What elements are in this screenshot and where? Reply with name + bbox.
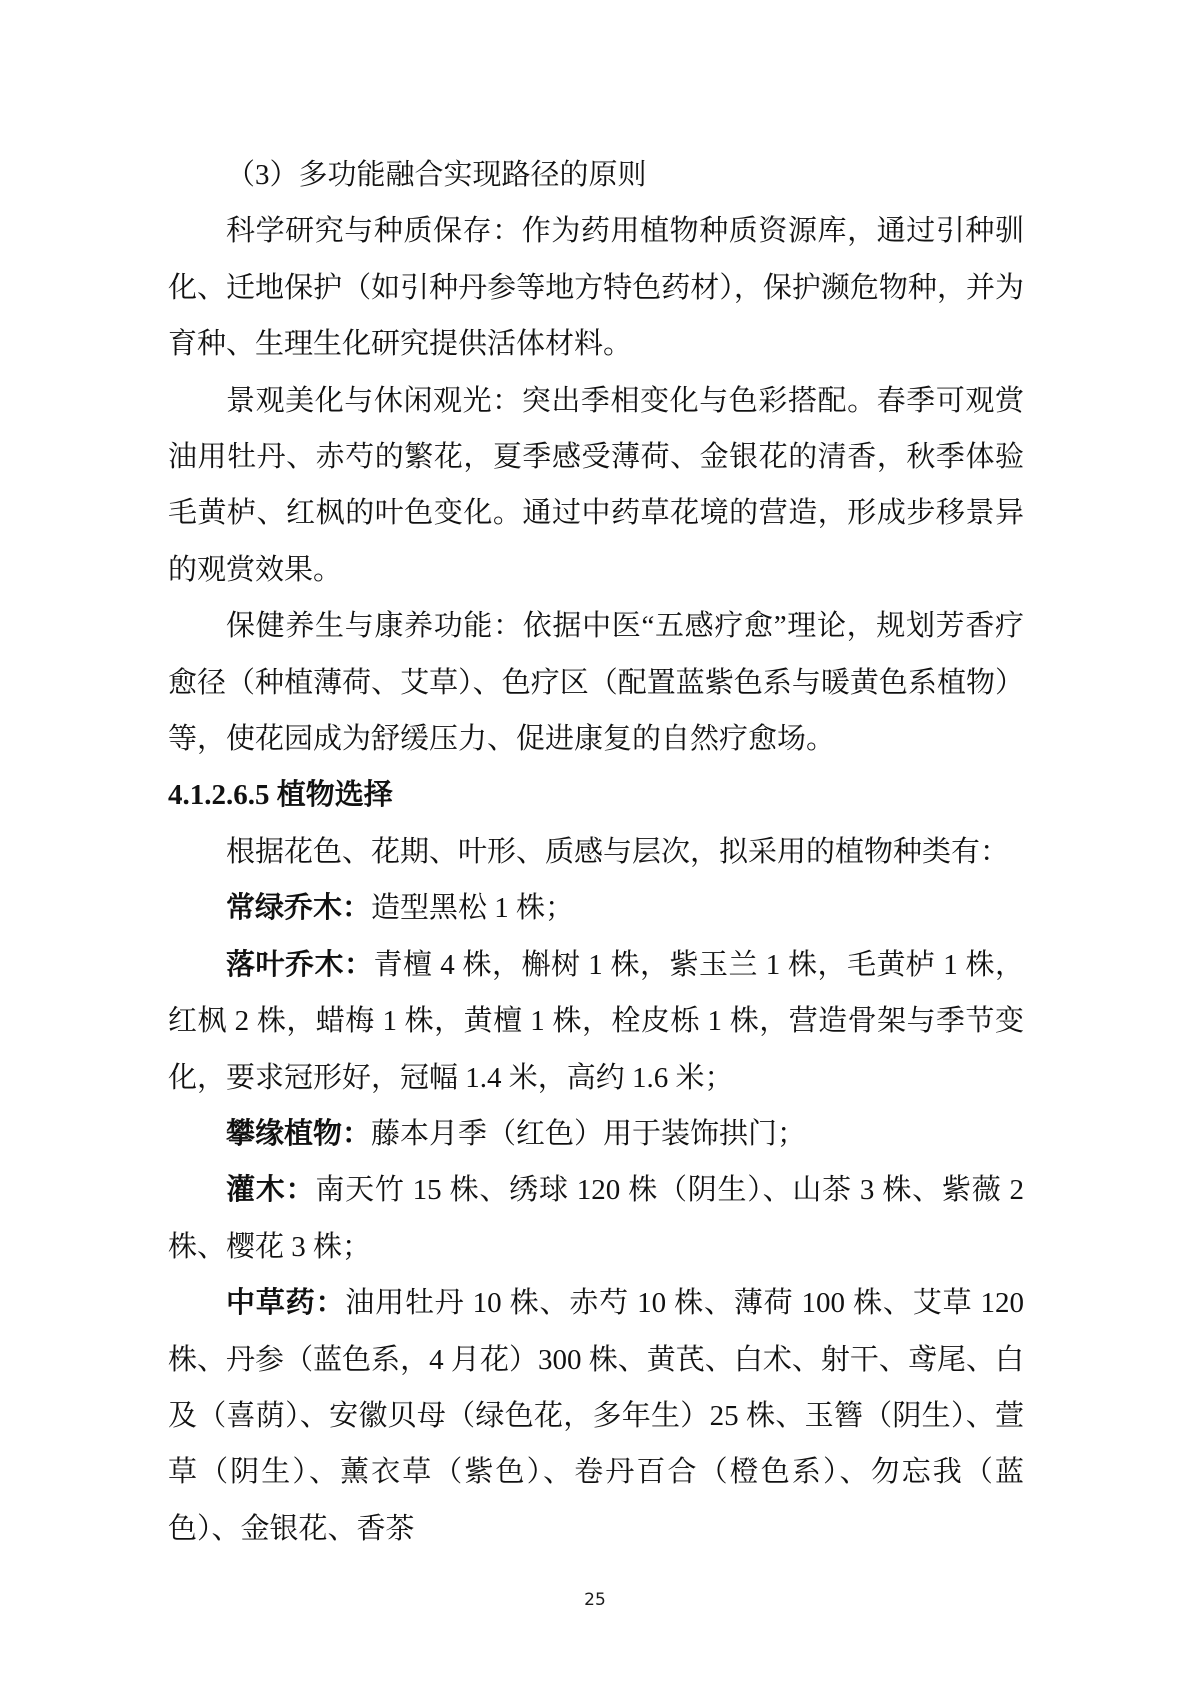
document-body: （3）多功能融合实现路径的原则科学研究与种质保存：作为药用植物种质资源库，通过引… <box>168 147 1024 1557</box>
paragraph-text: 保健养生与康养功能：依据中医“五感疗愈”理论，规划芳香疗愈径（种植薄荷、艾草）、… <box>168 610 1024 755</box>
paragraph-text: 景观美化与休闲观光：突出季相变化与色彩搭配。春季可观赏油用牡丹、赤芍的繁花，夏季… <box>168 385 1024 586</box>
paragraph-text: 4.1.2.6.5 植物选择 <box>168 779 393 811</box>
paragraph-text: 油用牡丹 10 株、赤芍 10 株、薄荷 100 株、艾草 120 株、丹参（蓝… <box>168 1287 1024 1545</box>
paragraph: 灌木：南天竹 15 株、绣球 120 株（阴生）、山茶 3 株、紫薇 2 株、樱… <box>168 1162 1024 1275</box>
paragraph: 中草药：油用牡丹 10 株、赤芍 10 株、薄荷 100 株、艾草 120 株、… <box>168 1275 1024 1557</box>
paragraph-text: 造型黑松 1 株； <box>371 892 574 924</box>
paragraph-text: 根据花色、花期、叶形、质感与层次，拟采用的植物种类有： <box>226 836 1009 868</box>
paragraph: 攀缘植物：藤本月季（红色）用于装饰拱门； <box>168 1106 1024 1162</box>
document-page: （3）多功能融合实现路径的原则科学研究与种质保存：作为药用植物种质资源库，通过引… <box>0 0 1190 1683</box>
paragraph: 常绿乔木：造型黑松 1 株； <box>168 880 1024 936</box>
paragraph-label: 中草药： <box>226 1287 345 1319</box>
paragraph: （3）多功能融合实现路径的原则 <box>168 147 1024 203</box>
paragraph: 保健养生与康养功能：依据中医“五感疗愈”理论，规划芳香疗愈径（种植薄荷、艾草）、… <box>168 598 1024 767</box>
paragraph-label: 常绿乔木： <box>226 892 371 924</box>
paragraph: 落叶乔木：青檀 4 株，槲树 1 株，紫玉兰 1 株，毛黄栌 1 株，红枫 2 … <box>168 937 1024 1106</box>
paragraph-text: （3）多功能融合实现路径的原则 <box>226 159 647 191</box>
paragraph-label: 攀缘植物： <box>226 1118 371 1150</box>
paragraph: 景观美化与休闲观光：突出季相变化与色彩搭配。春季可观赏油用牡丹、赤芍的繁花，夏季… <box>168 373 1024 599</box>
paragraph: 根据花色、花期、叶形、质感与层次，拟采用的植物种类有： <box>168 824 1024 880</box>
paragraph-label: 落叶乔木： <box>226 949 374 981</box>
paragraph-text: 科学研究与种质保存：作为药用植物种质资源库，通过引种驯化、迁地保护（如引种丹参等… <box>168 215 1024 360</box>
page-number: 25 <box>0 1590 1190 1610</box>
paragraph-label: 灌木： <box>226 1174 315 1206</box>
section-heading: 4.1.2.6.5 植物选择 <box>168 767 1024 823</box>
paragraph: 科学研究与种质保存：作为药用植物种质资源库，通过引种驯化、迁地保护（如引种丹参等… <box>168 203 1024 372</box>
paragraph-text: 藤本月季（红色）用于装饰拱门； <box>371 1118 806 1150</box>
